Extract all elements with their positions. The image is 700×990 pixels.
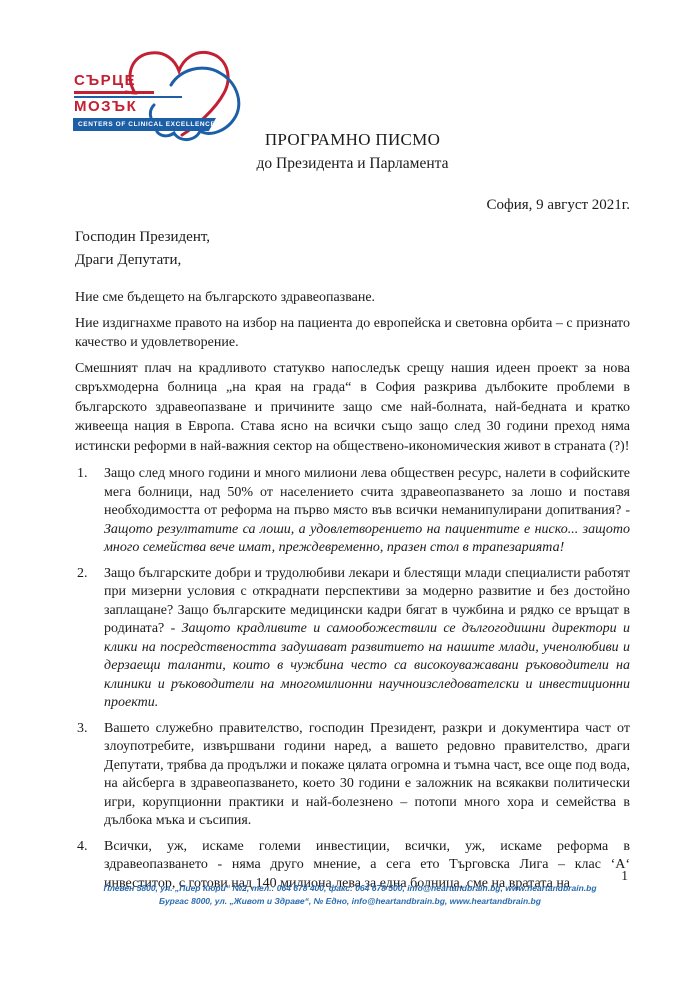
letter-page: СЪРЦЕ МОЗЪК CENTERS OF CLINICAL EXCELLEN… (0, 0, 700, 990)
letter-addressee: до Президента и Парламента (75, 155, 630, 173)
intro-paragraph: Ние издигнахме правото на избор на пацие… (75, 314, 630, 353)
item-text-normal: Вашето служебно правителство, господин П… (104, 721, 630, 829)
item-number: 2. (75, 565, 104, 713)
item-number: 1. (75, 465, 104, 558)
numbered-list: 1. Защо след много години и много милион… (75, 465, 630, 893)
item-text: Вашето служебно правителство, господин П… (104, 720, 630, 831)
item-text-emphasis: Защото крадливите и самообожествили се д… (104, 621, 630, 710)
footer-address-pleven: Плевен 5800, ул. „Пиер Кюри“ №2, тел.: 0… (0, 882, 700, 895)
salutation: Господин Президент, Драги Депутати, (75, 226, 630, 272)
item-text: Защо след много години и много милиони л… (104, 465, 630, 558)
intro-paragraph: Смешният плач на крадливото статукво нап… (75, 359, 630, 457)
intro-paragraph: Ние сме бъдещето на българското здравеоп… (75, 288, 630, 308)
dateline: София, 9 август 2021г. (75, 197, 630, 214)
salutation-line: Драги Депутати, (75, 249, 630, 272)
letter-title: ПРОГРАМНО ПИСМО (75, 130, 630, 150)
item-text-emphasis: Защото резултатите са лоши, а удовлетвор… (104, 522, 630, 556)
list-item: 3. Вашето служебно правителство, господи… (75, 720, 630, 831)
item-number: 3. (75, 720, 104, 831)
item-text: Защо българските добри и трудолюбиви лек… (104, 565, 630, 713)
letterhead-footer: Плевен 5800, ул. „Пиер Кюри“ №2, тел.: 0… (0, 882, 700, 907)
footer-address-burgas: Бургас 8000, ул. „Живот и Здраве“, № Едн… (0, 895, 700, 908)
list-item: 2. Защо българските добри и трудолюбиви … (75, 565, 630, 713)
list-item: 1. Защо след много години и много милион… (75, 465, 630, 558)
letter-content: ПРОГРАМНО ПИСМО до Президента и Парламен… (75, 0, 630, 900)
salutation-line: Господин Президент, (75, 226, 630, 249)
item-text-normal: Защо след много години и много милиони л… (104, 466, 630, 518)
intro-paragraphs: Ние сме бъдещето на българското здравеоп… (75, 288, 630, 456)
